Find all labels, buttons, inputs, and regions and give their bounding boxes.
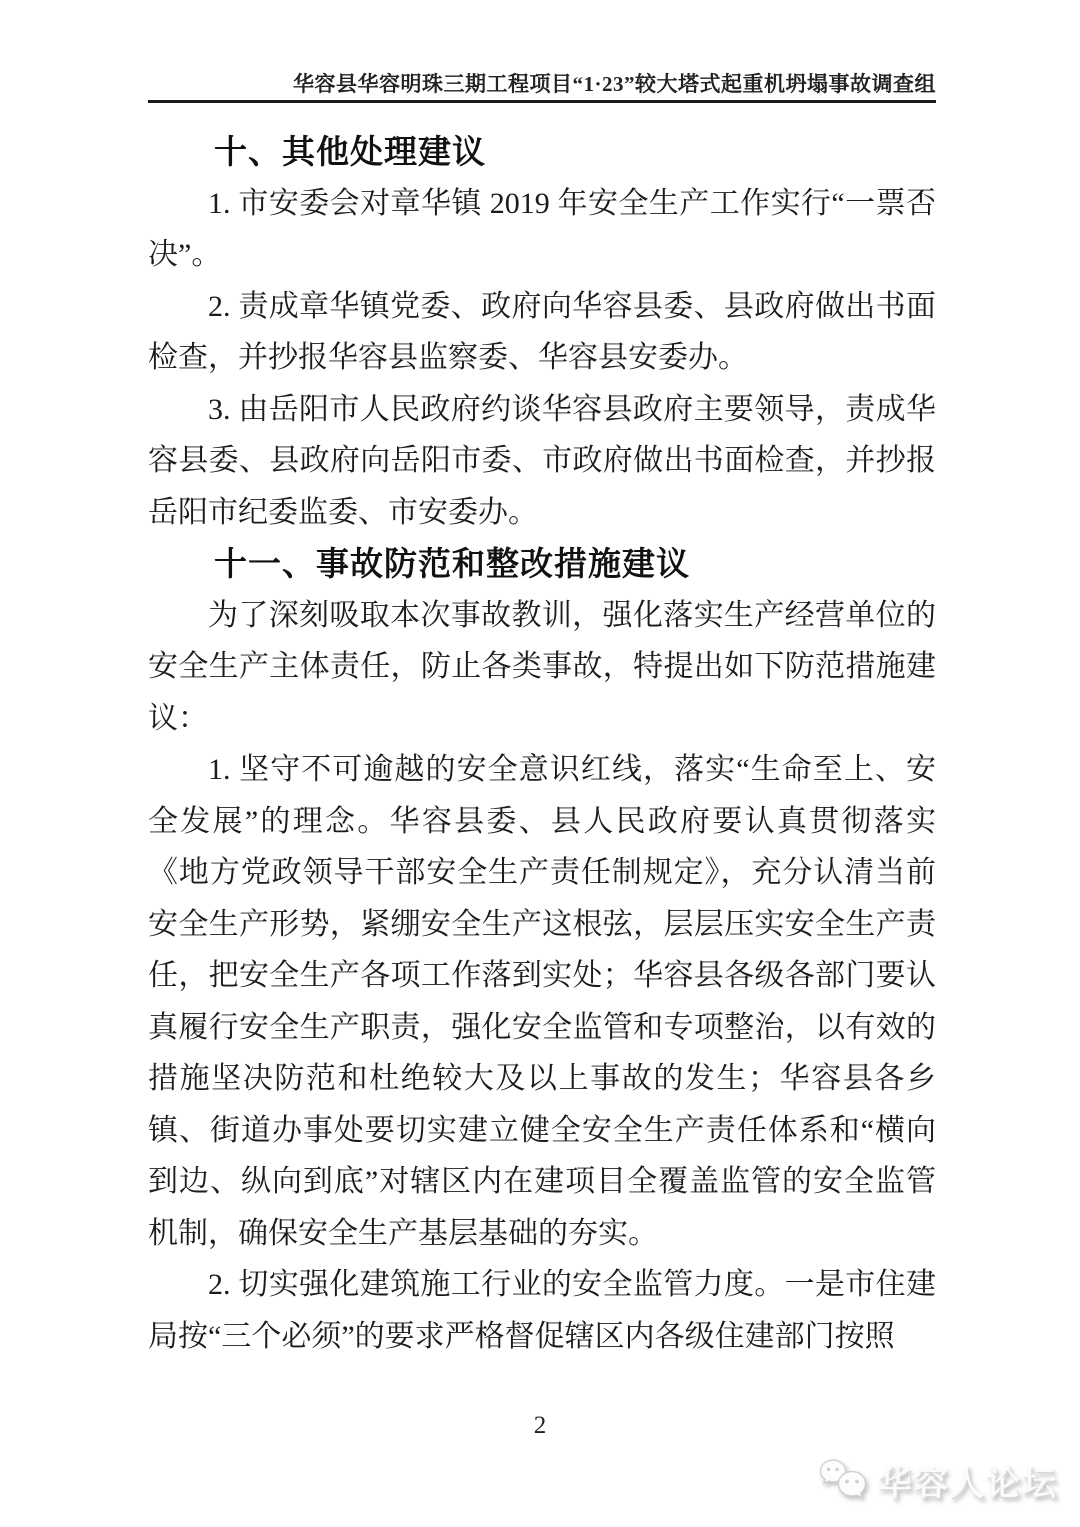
forum-watermark: 华容人论坛: [818, 1456, 1058, 1505]
wechat-icon: [818, 1457, 868, 1505]
section-11-heading: 十一、事故防范和整改措施建议: [148, 538, 936, 590]
watermark-label: 华容人论坛: [878, 1456, 1058, 1505]
header-rule: [148, 100, 936, 103]
section-11-paragraph-1: 1. 坚守不可逾越的安全意识红线，落实“生命至上、安全发展”的理念。华容县委、县…: [148, 744, 936, 1259]
running-header-title: 华容县华容明珠三期工程项目“1·23”较大塔式起重机坍塌事故调查组: [148, 70, 936, 98]
section-10-paragraph-3: 3. 由岳阳市人民政府约谈华容县政府主要领导，责成华容县委、县政府向岳阳市委、市…: [148, 384, 936, 539]
section-10-paragraph-1: 1. 市安委会对章华镇 2019 年安全生产工作实行“一票否决”。: [148, 178, 936, 281]
section-10-paragraph-2: 2. 责成章华镇党委、政府向华容县委、县政府做出书面检查，并抄报华容县监察委、华…: [148, 281, 936, 384]
document-content: 十、其他处理建议 1. 市安委会对章华镇 2019 年安全生产工作实行“一票否决…: [148, 126, 936, 1362]
section-10-heading: 十、其他处理建议: [148, 126, 936, 178]
document-page: 华容县华容明珠三期工程项目“1·23”较大塔式起重机坍塌事故调查组 十、其他处理…: [0, 0, 1080, 1527]
section-11-intro-paragraph: 为了深刻吸取本次事故教训，强化落实生产经营单位的安全生产主体责任，防止各类事故，…: [148, 590, 936, 745]
section-11-paragraph-2: 2. 切实强化建筑施工行业的安全监管力度。一是市住建局按“三个必须”的要求严格督…: [148, 1259, 936, 1362]
page-number: 2: [0, 1408, 1080, 1444]
